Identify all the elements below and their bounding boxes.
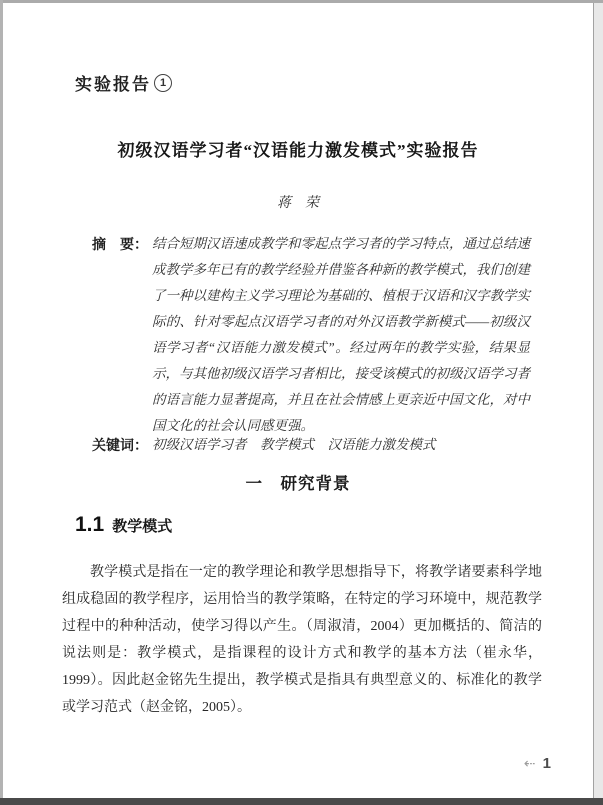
- keywords-block: 关键词： 初级汉语学习者 教学模式 汉语能力激发模式: [92, 433, 530, 457]
- report-series-header: 实验报告1: [75, 70, 172, 95]
- abstract-text: 结合短期汉语速成教学和零起点学习者的学习特点，通过总结速成教学多年已有的教学经验…: [152, 231, 530, 439]
- page-number: 1: [543, 755, 551, 772]
- abstract-label: 摘 要：: [92, 231, 152, 257]
- document-title: 初级汉语学习者“汉语能力激发模式”实验报告: [3, 136, 593, 161]
- scanned-page: 实验报告1 初级汉语学习者“汉语能力激发模式”实验报告 蒋 荣 摘 要： 结合短…: [0, 0, 603, 805]
- report-series-label: 实验报告: [75, 70, 151, 95]
- body-paragraph: 教学模式是指在一定的教学理论和教学思想指导下，将教学诸要素科学地组成稳固的教学程…: [62, 559, 542, 721]
- scan-edge-left: [0, 0, 3, 805]
- scan-edge-bottom: [0, 798, 603, 805]
- page-surface: 实验报告1 初级汉语学习者“汉语能力激发模式”实验报告 蒋 荣 摘 要： 结合短…: [3, 3, 594, 798]
- subsection-heading: 1.1 教学模式: [75, 513, 172, 537]
- dashed-left-arrow-icon: ⇠: [524, 756, 536, 772]
- subsection-number: 1.1: [75, 513, 104, 537]
- circled-number-icon: 1: [154, 74, 172, 92]
- abstract-block: 摘 要： 结合短期汉语速成教学和零起点学习者的学习特点，通过总结速成教学多年已有…: [92, 231, 530, 439]
- author-name: 蒋 荣: [3, 192, 593, 212]
- keywords-label: 关键词：: [92, 433, 152, 457]
- section-heading: 一 研究背景: [3, 470, 593, 494]
- scan-edge-top: [0, 0, 603, 3]
- subsection-title: 教学模式: [112, 515, 172, 536]
- page-footer: ⇠ 1: [3, 755, 551, 772]
- keywords-text: 初级汉语学习者 教学模式 汉语能力激发模式: [152, 433, 530, 457]
